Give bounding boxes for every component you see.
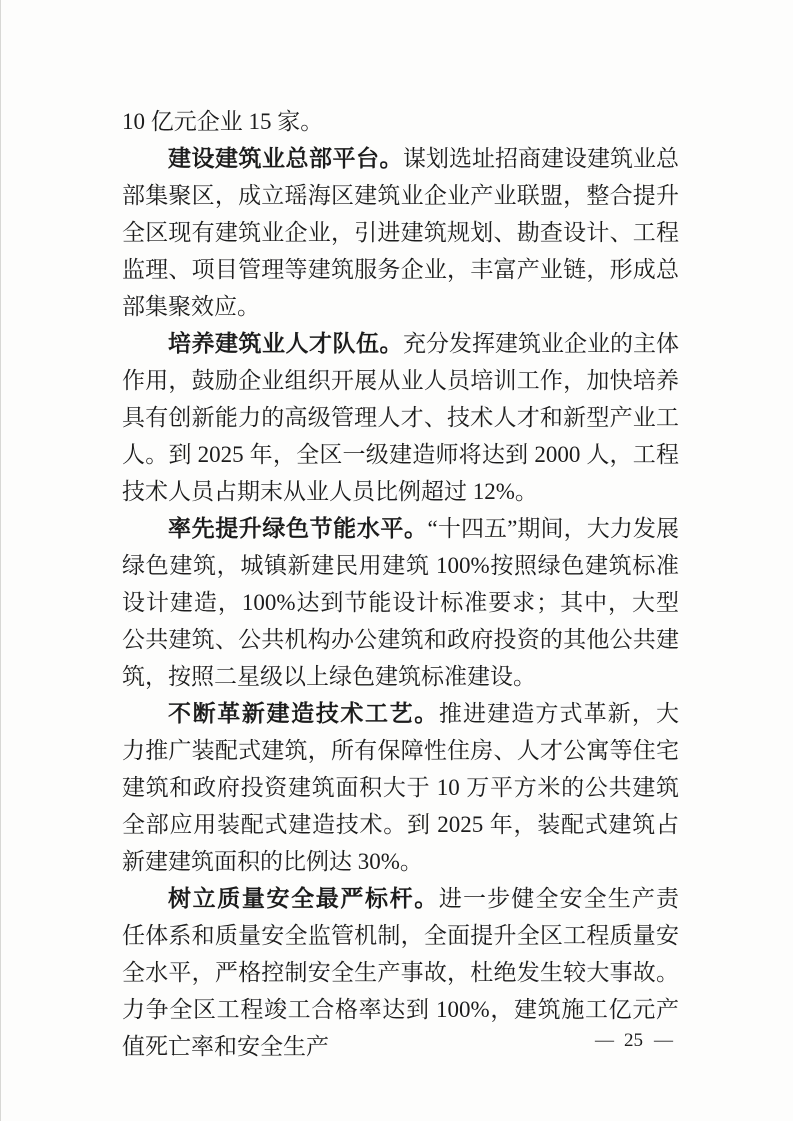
paragraph-lead: 不断革新建造技术工艺。 <box>168 701 439 726</box>
paragraph-lead: 建设建筑业总部平台。 <box>168 146 403 171</box>
paragraph-body: 充分发挥建筑业企业的主体作用，鼓励企业组织开展从业人员培训工作，加快培养具有创新… <box>122 331 679 504</box>
page-footer: —25— <box>1 1030 672 1052</box>
document-page: 10 亿元企业 15 家。 建设建筑业总部平台。谋划选址招商建设建筑业总部集聚区… <box>0 0 793 1121</box>
paragraph-body: 推进建造方式革新，大力推广装配式建筑，所有保障性住房、人才公寓等住宅建筑和政府投… <box>122 701 679 874</box>
paragraph-body: “十四五”期间，大力发展绿色建筑，城镇新建民用建筑 100%按照绿色建筑标准设计… <box>122 516 679 689</box>
paragraph: 率先提升绿色节能水平。“十四五”期间，大力发展绿色建筑，城镇新建民用建筑 100… <box>122 510 679 695</box>
footer-dash-left: — <box>595 1030 613 1051</box>
paragraph: 不断革新建造技术工艺。推进建造方式革新，大力推广装配式建筑，所有保障性住房、人才… <box>122 695 679 880</box>
page-body-text: 10 亿元企业 15 家。 建设建筑业总部平台。谋划选址招商建设建筑业总部集聚区… <box>122 103 679 1065</box>
paragraph: 建设建筑业总部平台。谋划选址招商建设建筑业总部集聚区，成立瑶海区建筑业企业产业联… <box>122 140 679 325</box>
paragraph-lead: 率先提升绿色节能水平。 <box>168 516 428 541</box>
paragraph: 培养建筑业人才队伍。充分发挥建筑业企业的主体作用，鼓励企业组织开展从业人员培训工… <box>122 325 679 510</box>
paragraph: 10 亿元企业 15 家。 <box>122 103 679 140</box>
paragraph-lead: 培养建筑业人才队伍。 <box>168 331 403 356</box>
footer-dash-right: — <box>654 1030 672 1051</box>
paragraph-body: 10 亿元企业 15 家。 <box>122 109 323 134</box>
paragraph-lead: 树立质量安全最严标杆。 <box>168 886 439 911</box>
paragraph-body: 谋划选址招商建设建筑业总部集聚区，成立瑶海区建筑业企业产业联盟，整合提升全区现有… <box>122 146 679 319</box>
page-number: 25 <box>624 1030 643 1052</box>
